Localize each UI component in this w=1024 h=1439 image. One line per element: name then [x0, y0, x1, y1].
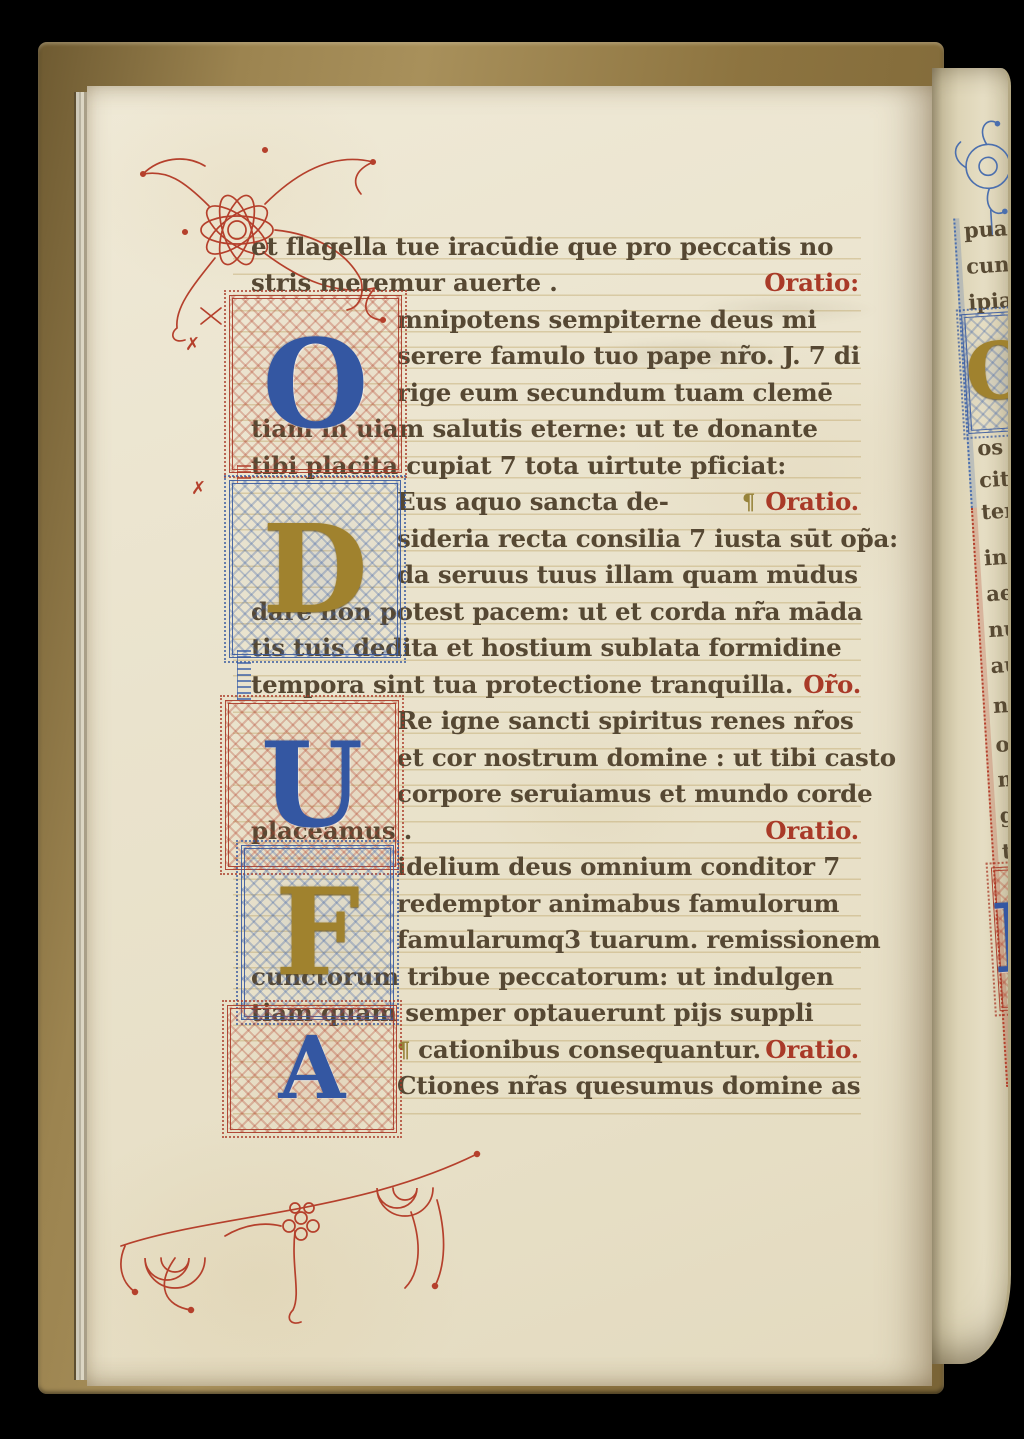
- illuminated-initial-O: O: [229, 295, 402, 473]
- facing-page-text-fragment: cuncta ne: [965, 247, 1011, 279]
- line-text: cationibus consequantur.: [418, 1035, 761, 1064]
- facing-page-text-fragment: in car: [983, 541, 1011, 570]
- facing-page-text-fragment: aum f: [990, 649, 1011, 678]
- facing-page-text-fragment: citer: er: [978, 462, 1011, 493]
- rubric-oratio: Or̃o.: [803, 670, 861, 699]
- line-text: redemptor animabus famulorum: [397, 889, 839, 918]
- facing-page-text-fragment: ter requ: [1001, 833, 1011, 864]
- manuscript-right-page-edge: puanto pcuncta neipiat etos hreciter: er…: [932, 68, 1011, 1364]
- facing-page-text-fragment: gras.℣: [999, 798, 1011, 828]
- manuscript-photo: { "artifact": { "type": "illuminated-man…: [0, 0, 1024, 1439]
- text-line-1: et flagella tue iracūdie que pro peccati…: [237, 228, 859, 265]
- line-text: da seruus tuus illam quam mūdus: [397, 560, 858, 589]
- facing-page-text-fragment: mat.℣: [997, 763, 1011, 792]
- facing-page-text-fragment: bus restr: [1010, 976, 1011, 1007]
- facing-page-text-fragment: os hre: [976, 431, 1011, 460]
- facing-page-initial-O: O: [961, 310, 1011, 434]
- illuminated-initial-D: D: [229, 480, 401, 658]
- line-text: Eus aquo sancta de-: [397, 487, 669, 516]
- line-text: et cor nostrum domine : ut tibi casto: [397, 743, 896, 772]
- facing-page-initial-D: D: [991, 863, 1011, 1011]
- line-text: stris meremur auerte .: [251, 268, 558, 297]
- rubric-oratio: Oratio.: [765, 487, 859, 516]
- line-text: rige eum secundum tuam clemē: [397, 378, 833, 407]
- initial-letter: O: [262, 323, 368, 445]
- line-text: idelium deus omnium conditor 7: [397, 852, 840, 881]
- red-penwork-flourish: [996, 1076, 1011, 1301]
- line-text: tempora sint tua protectione tranquilla.: [251, 670, 793, 699]
- rubric-oratio: Oratio.: [765, 816, 859, 845]
- initial-letter: D: [262, 508, 368, 630]
- manuscript-left-page: ✗ ✗ et flagella tue iracūdie que pro pec…: [87, 86, 932, 1386]
- facing-page-text-fragment: terem: [980, 495, 1011, 524]
- rubric-oratio: Oratio:: [764, 268, 859, 297]
- initial-letter: F: [275, 873, 360, 993]
- pilcrow-mark: ¶: [397, 1037, 410, 1062]
- margin-penwork-mark: ✗: [191, 478, 206, 499]
- facing-page-text-fragment: nus: [988, 615, 1011, 643]
- margin-penwork-mark: ✗: [185, 334, 200, 355]
- rubric-oratio: Oratio.: [765, 1035, 859, 1064]
- line-text: Re igne sancti spiritus renes nr̃os: [397, 706, 854, 735]
- right-page-content: puanto pcuncta neipiat etos hreciter: er…: [938, 68, 1011, 1364]
- initial-letter: A: [279, 1026, 346, 1112]
- facing-page-text-fragment: nim vl: [992, 689, 1011, 718]
- initial-letter: D: [989, 887, 1011, 987]
- line-text: sideria recta consilia 7 iusta sūt op̃a:: [397, 524, 898, 553]
- facing-page-text-fragment: ipiat et: [968, 285, 1011, 315]
- line-text: serere famulo tuo pape nr̃o. J. 7 di: [397, 341, 860, 370]
- line-text: et flagella tue iracūdie que pro peccati…: [251, 232, 833, 261]
- page-edges-stack: [74, 92, 87, 1380]
- illuminated-initial-F: F: [241, 845, 394, 1020]
- line-text: Ctiones nr̃as quesumus domine as: [397, 1071, 860, 1100]
- initial-letter: O: [963, 331, 1011, 413]
- pilcrow-mark: ¶: [742, 489, 755, 514]
- line-text: mnipotens sempiterne deus mi: [397, 305, 817, 334]
- facing-page-text-fragment: ae suf: [985, 577, 1011, 606]
- illuminated-initial-A: A: [227, 1005, 397, 1133]
- line-text: corpore seruiamus et mundo corde: [397, 779, 872, 808]
- line-text: famularumq3 tuarum. remissionem: [397, 925, 880, 954]
- facing-page-text-fragment: onem r: [995, 727, 1011, 757]
- text-line-13: tempora sint tua protectione tranquilla.…: [237, 666, 859, 703]
- initial-letter: U: [261, 727, 363, 844]
